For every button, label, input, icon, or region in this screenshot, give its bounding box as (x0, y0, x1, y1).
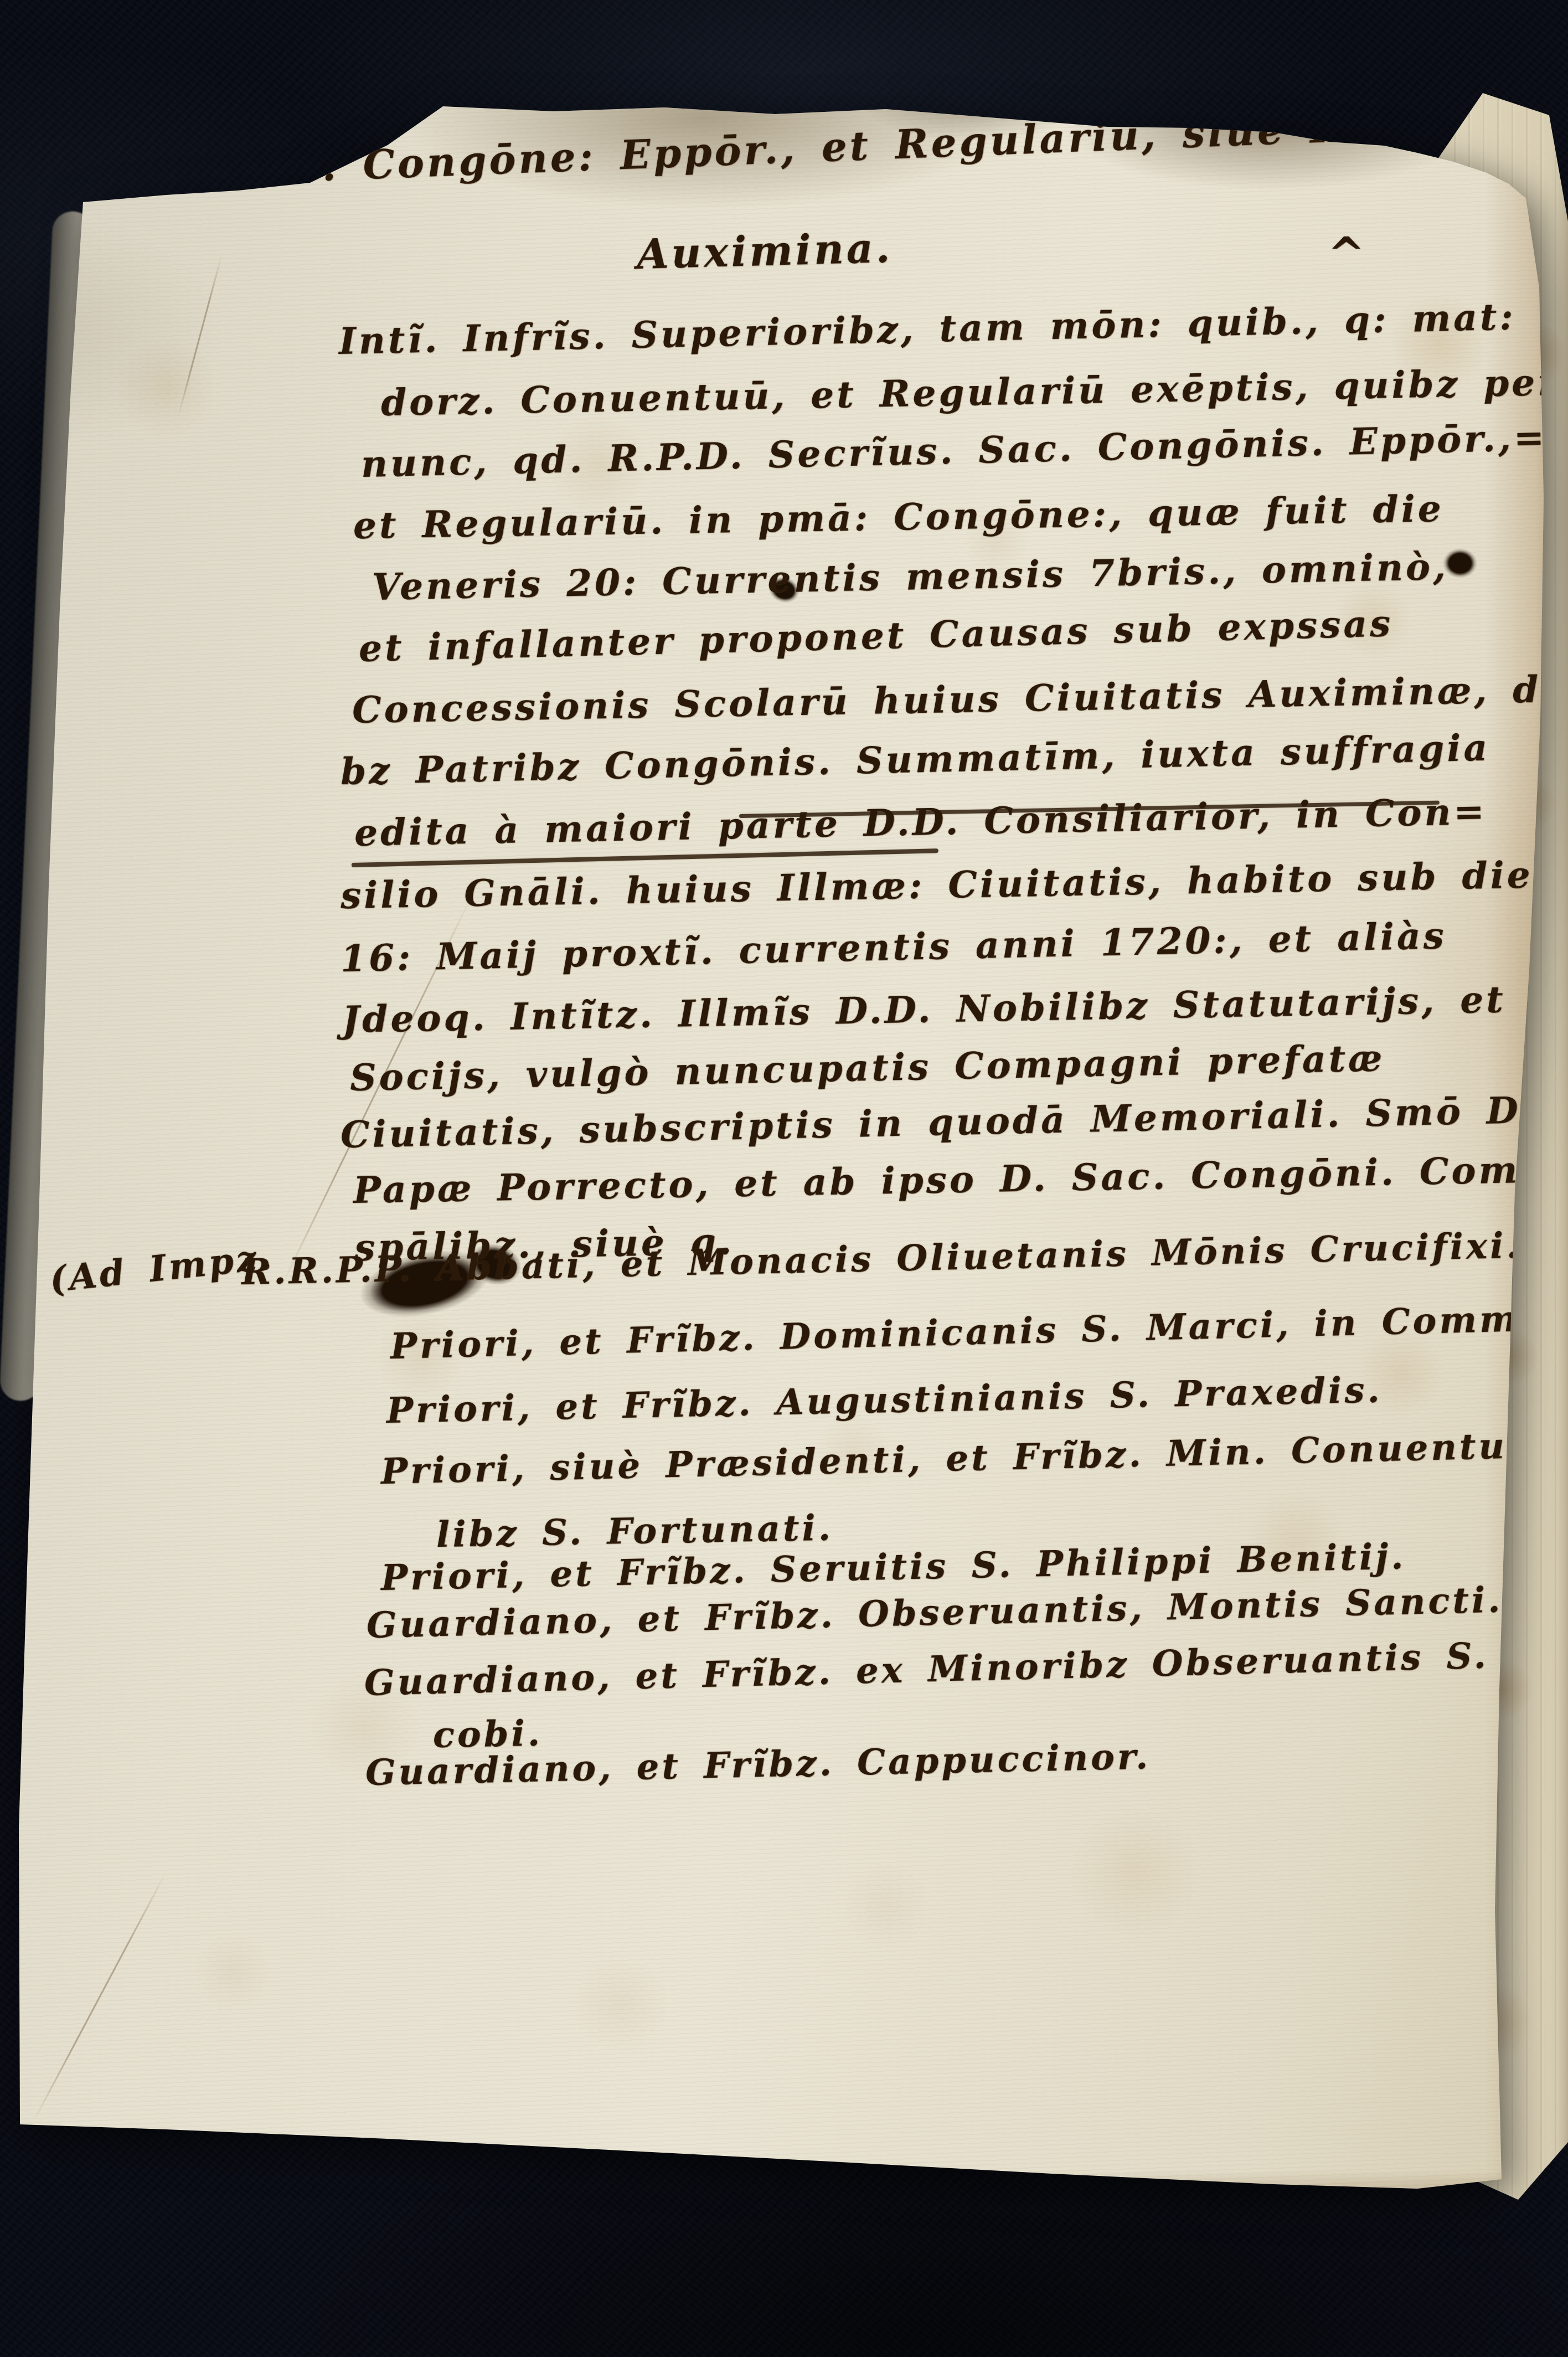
manuscript-page: Sac. Congōne: Eppōr., et Regulariū, siue… (0, 0, 1568, 2357)
insertion-caret: ^ (1328, 226, 1368, 281)
page-wrapper: Sac. Congōne: Eppōr., et Regulariū, siue… (0, 0, 1568, 2357)
foxing-stain (570, 1955, 670, 2055)
manuscript-photo: Sac. Congōne: Eppōr., et Regulariū, siue… (0, 0, 1568, 2357)
foxing-stain (842, 1861, 930, 1949)
foxing-stain (194, 1933, 271, 2010)
bottom-edge-shading (0, 2171, 1568, 2196)
ghost-note: Steuiō: (1404, 104, 1540, 149)
foxing-stain (149, 94, 227, 172)
foxing-stain (116, 338, 216, 438)
foxing-stain (1069, 1805, 1201, 1938)
header-line-2: Auximina. (636, 223, 894, 281)
